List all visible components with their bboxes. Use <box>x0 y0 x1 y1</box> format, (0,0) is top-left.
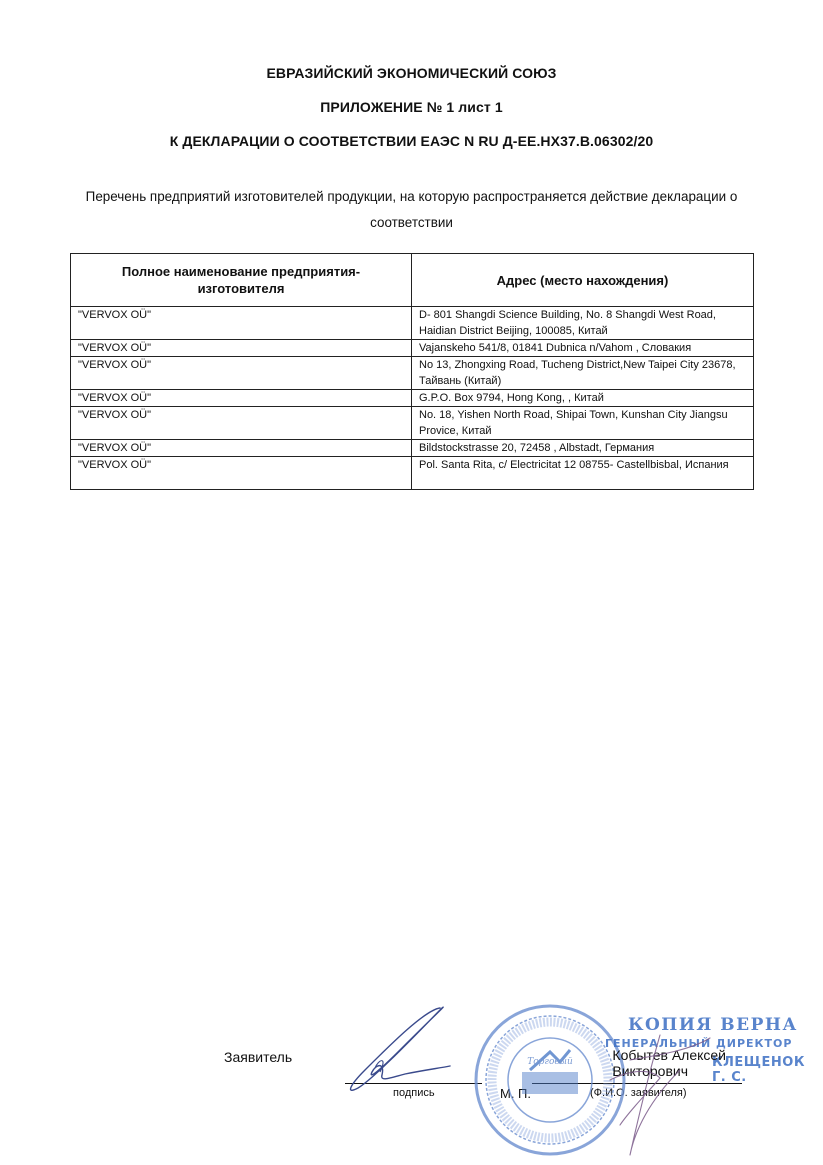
manufacturer-address: No 13, Zhongxing Road, Tucheng District,… <box>412 357 754 390</box>
table-row: "VERVOX OÜ" G.P.O. Box 9794, Hong Kong, … <box>71 390 754 407</box>
manufacturer-name: "VERVOX OÜ" <box>71 457 412 490</box>
union-title: ЕВРАЗИЙСКИЙ ЭКОНОМИЧЕСКИЙ СОЮЗ <box>0 65 823 81</box>
declaration-title: К ДЕКЛАРАЦИИ О СООТВЕТСТВИИ ЕАЭС N RU Д-… <box>0 133 823 149</box>
manufacturer-address: Bildstockstrasse 20, 72458 , Albstadt, Г… <box>412 440 754 457</box>
table-row: "VERVOX OÜ" Bildstockstrasse 20, 72458 ,… <box>71 440 754 457</box>
manufacturer-name: "VERVOX OÜ" <box>71 307 412 340</box>
table-row: "VERVOX OÜ" No. 18, Yishen North Road, S… <box>71 407 754 440</box>
table-row: "VERVOX OÜ" Pol. Santa Rita, c/ Electric… <box>71 457 754 490</box>
applicant-label: Заявитель <box>224 1049 292 1065</box>
manufacturer-address: G.P.O. Box 9794, Hong Kong, , Китай <box>412 390 754 407</box>
director-signature-icon <box>590 1030 730 1160</box>
handwritten-signature-icon <box>330 1000 480 1100</box>
manufacturer-address: No. 18, Yishen North Road, Shipai Town, … <box>412 407 754 440</box>
intro-text: Перечень предприятий изготовителей проду… <box>84 183 740 235</box>
manufacturer-address: Pol. Santa Rita, c/ Electricitat 12 0875… <box>412 457 754 490</box>
manufacturer-name: "VERVOX OÜ" <box>71 340 412 357</box>
manufacturer-name: "VERVOX OÜ" <box>71 440 412 457</box>
manufacturer-name: "VERVOX OÜ" <box>71 390 412 407</box>
table-row: "VERVOX OÜ" No 13, Zhongxing Road, Tuche… <box>71 357 754 390</box>
column-header-address: Адрес (место нахождения) <box>412 254 754 307</box>
appendix-title: ПРИЛОЖЕНИЕ № 1 лист 1 <box>0 99 823 115</box>
manufacturer-address: Vajanskeho 541/8, 01841 Dubnica n/Vahom … <box>412 340 754 357</box>
table-row: "VERVOX OÜ" D- 801 Shangdi Science Build… <box>71 307 754 340</box>
manufacturer-address: D- 801 Shangdi Science Building, No. 8 S… <box>412 307 754 340</box>
column-header-name: Полное наименование предприятия-изготови… <box>71 254 412 307</box>
manufacturer-name: "VERVOX OÜ" <box>71 407 412 440</box>
manufacturer-name: "VERVOX OÜ" <box>71 357 412 390</box>
table-row: "VERVOX OÜ" Vajanskeho 541/8, 01841 Dubn… <box>71 340 754 357</box>
table-header-row: Полное наименование предприятия-изготови… <box>71 254 754 307</box>
manufacturers-table: Полное наименование предприятия-изготови… <box>70 253 754 490</box>
